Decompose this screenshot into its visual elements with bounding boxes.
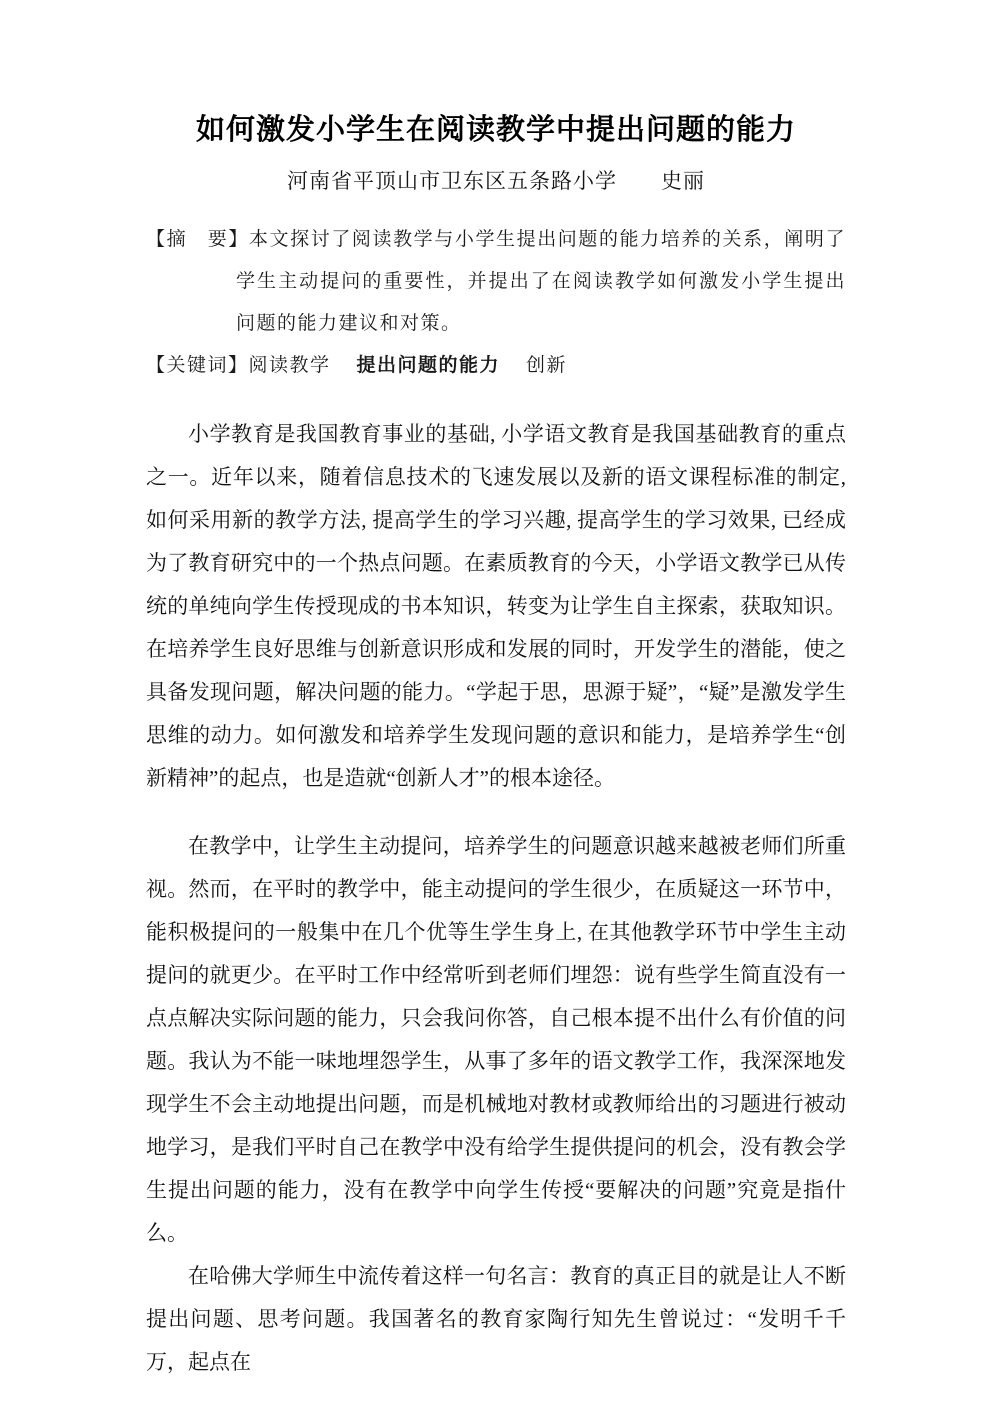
document-title: 如何激发小学生在阅读教学中提出问题的能力 — [146, 112, 846, 148]
body-paragraph: 在哈佛大学师生中流传着这样一句名言：教育的真正目的就是让人不断提出问题、思考问题… — [146, 1255, 846, 1384]
keyword-item: 阅读教学 — [249, 355, 331, 376]
abstract-text: 本文探讨了阅读教学与小学生提出问题的能力培养的关系，阐明了学生主动提问的重要性，… — [236, 229, 846, 334]
abstract-section: 【摘 要】本文探讨了阅读教学与小学生提出问题的能力培养的关系，阐明了学生主动提问… — [146, 219, 846, 387]
body-text: 小学教育是我国教育事业的基础, 小学语文教育是我国基础教育的重点之一。近年以来，… — [146, 413, 846, 1384]
keyword-item: 创新 — [526, 355, 567, 376]
author-affiliation: 河南省平顶山市卫东区五条路小学 史丽 — [146, 167, 846, 195]
keywords-label: 【关键词】 — [146, 355, 249, 376]
abstract-label: 【摘 要】 — [146, 229, 249, 250]
keywords-line: 【关键词】阅读教学提出问题的能力创新 — [146, 345, 846, 387]
body-paragraph: 在教学中，让学生主动提问，培养学生的问题意识越来越被老师们所重视。然而，在平时的… — [146, 825, 846, 1255]
abstract-paragraph: 【摘 要】本文探讨了阅读教学与小学生提出问题的能力培养的关系，阐明了学生主动提问… — [146, 219, 846, 345]
document-page: 如何激发小学生在阅读教学中提出问题的能力 河南省平顶山市卫东区五条路小学 史丽 … — [0, 0, 992, 1403]
keyword-item: 提出问题的能力 — [357, 355, 501, 376]
body-paragraph: 小学教育是我国教育事业的基础, 小学语文教育是我国基础教育的重点之一。近年以来，… — [146, 413, 846, 800]
